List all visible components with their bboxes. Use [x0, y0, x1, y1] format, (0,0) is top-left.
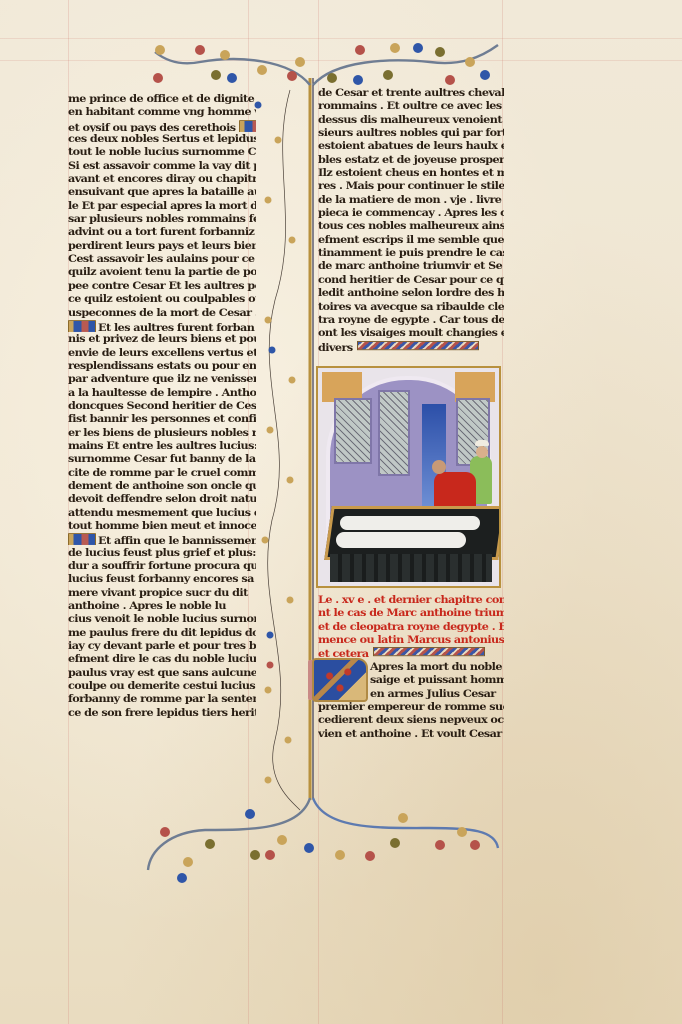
text-line: paulus vray est que sans aulcune [68, 667, 256, 679]
text-line: vien et anthoine . Et voult Cesar [318, 728, 504, 740]
text-line: tinamment ie puis prendre le cas [318, 247, 504, 259]
text-line: ce quilz estoient ou coulpables ou so [68, 293, 256, 305]
illuminated-initial [68, 320, 96, 332]
text-line: avant et encores diray ou chapitre: [68, 173, 256, 185]
rubric-line: mence ou latin Marcus antonius . [318, 634, 504, 646]
text-line: advint ou a tort furent forbanniz et [68, 226, 256, 238]
text-line: doncques Second heritier de Cesar [68, 400, 256, 412]
text-line: devoit deffendre selon droit naturel [68, 493, 256, 505]
text-line: rommains . Et oultre ce avec les : [318, 100, 504, 112]
text-line: cond heritier de Cesar pour ce que [318, 274, 504, 286]
illuminated-initial [239, 120, 256, 132]
text-line: en armes Julius Cesar [318, 688, 504, 700]
text-line: en habitant comme vng homme villai [68, 106, 256, 118]
text-line: par adventure que ilz ne venissent [68, 373, 256, 385]
miniature-painting [316, 366, 501, 588]
text-line: dessus dis malheureux venoient plu [318, 114, 504, 126]
text-line: iay cy devant parle et pour tres bri [68, 640, 256, 652]
text-line: anthoine . Apres le noble lu [68, 600, 256, 612]
text-line: a la haultesse de lempire . Anthoine [68, 387, 256, 399]
rubric: Le . xv e . et dernier chapitre conte nt… [318, 594, 504, 661]
text-line: mains Et entre les aultres lucius: [68, 440, 256, 452]
text-line: res . Mais pour continuer le stile [318, 180, 504, 192]
illuminated-initial [68, 533, 96, 545]
text-line: de lucius feust plus grief et plus: [68, 547, 256, 559]
text-line: forbanny de romme par la senten [68, 693, 256, 705]
text-line: bles estatz et de joyeuse prosperite . [318, 154, 504, 166]
text-line: efment escrips il me semble que par [318, 234, 504, 246]
text-line: resplendissans estats ou pour envie [68, 360, 256, 372]
text-line: er les biens de plusieurs nobles rom [68, 427, 256, 439]
leaded-window [334, 398, 372, 464]
text-line: sieurs aultres nobles qui par fortune [318, 127, 504, 139]
text-line: dement de anthoine son oncle qui le [68, 480, 256, 492]
text-line: cedierent deux siens nepveux octo [318, 714, 504, 726]
text-line: perdirent leurs pays et leurs biens [68, 240, 256, 252]
text-line: cite de romme par le cruel comman [68, 467, 256, 479]
head [476, 446, 488, 458]
line-filler [373, 647, 485, 656]
effigy [340, 516, 480, 530]
text-line: envie de leurs excellens vertus et [68, 347, 256, 359]
text-line: Et les aultres furent forban [68, 320, 256, 332]
text-line: ont les visaiges moult changies et [318, 327, 504, 339]
text-line: saige et puissant homme [318, 674, 504, 686]
text-line: fist bannir les personnes et confisqu [68, 413, 256, 425]
text-line: uspeconnes de la mort de Cesar . [68, 307, 256, 319]
text-line: le Et par especial apres la mort de Ce [68, 200, 256, 212]
text-line: Ilz estoient cheus en hontes et misere [318, 167, 504, 179]
red-robed-figure [434, 472, 476, 508]
text-line: cius venoit le noble lucius surnom [68, 613, 256, 625]
text-line: premier empereur de romme suc [318, 701, 504, 713]
text-line: attendu mesmement que lucius est [68, 507, 256, 519]
manuscript-page: me prince de office et de dignite imperi… [0, 0, 682, 1024]
text-line: tra royne de egypte . Car tous deux [318, 314, 504, 326]
text-line: nis et privez de leurs biens et pour [68, 333, 256, 345]
rubric-line: nt le cas de Marc anthoine triumvir [318, 607, 504, 619]
sarcophagus [330, 554, 492, 582]
text-line: pieca ie commencay . Apres les cas de [318, 207, 504, 219]
text-line: surnomme Cesar fut banny de la [68, 453, 256, 465]
effigy [336, 532, 466, 548]
text-line: dur a souffrir fortune procura que [68, 560, 256, 572]
text-line: coulpe ou demerite cestui lucius fut [68, 680, 256, 692]
text-line: me prince de office et de dignite imperi… [68, 93, 256, 105]
text-line: tous ces nobles malheureux ainsi bri [318, 220, 504, 232]
text-line: tout le noble lucius surnomme Cesar [68, 146, 256, 158]
text-line: pee contre Cesar Et les aultres pour [68, 280, 256, 292]
line-filler [357, 341, 479, 350]
head [432, 460, 446, 474]
text-column-left: me prince de office et de dignite imperi… [68, 93, 256, 720]
text-line: me paulus frere du dit lepidus dont [68, 627, 256, 639]
text-line: ensuivant que apres la bataille au [68, 186, 256, 198]
text-line: toires va avecque sa ribaulde cleopa [318, 301, 504, 313]
text-line: efment dire le cas du noble lucius [68, 653, 256, 665]
chapter-text: Apres la mort du noble saige et puissant… [318, 661, 504, 741]
text-line: de la matiere de mon . vje . livre que [318, 194, 504, 206]
rubric-line: et de cleopatra royne degypte . Et com [318, 621, 504, 633]
text-line: mere vivant propice sucr du dit [68, 587, 256, 599]
text-line: de marc anthoine triumvir et Se [318, 260, 504, 272]
rubric-line: Le . xv e . et dernier chapitre conte [318, 594, 504, 606]
text-line: estoient abatues de leurs haulx et no [318, 140, 504, 152]
text-line: lucius feust forbanny encores sa [68, 573, 256, 585]
text-line: Cest assavoir les aulains pour ce [68, 253, 256, 265]
text-line: ce de son frere lepidus tiers heritier [68, 707, 256, 719]
text-line: ces deux nobles Sertus et lepidus et [68, 133, 256, 145]
text-line: et oysif ou pays des cerethois [68, 120, 256, 132]
text-line: sar plusieurs nobles rommains feust [68, 213, 256, 225]
text-line: Apres la mort du noble [318, 661, 504, 673]
text-line: divers [318, 341, 504, 353]
text-column-right: de Cesar et trente aultres chevaliers ro… [318, 87, 504, 354]
text-line: Si est assavoir comme la vay dit par [68, 160, 256, 172]
text-line: de Cesar et trente aultres chevaliers [318, 87, 504, 99]
leaded-window [378, 390, 410, 476]
text-line: tout homme bien meut et innocent [68, 520, 256, 532]
text-line: quilz avoient tenu la partie de pom [68, 266, 256, 278]
text-line: ledit anthoine selon lordre des hys [318, 287, 504, 299]
text-line: Et affin que le bannissement [68, 533, 256, 545]
